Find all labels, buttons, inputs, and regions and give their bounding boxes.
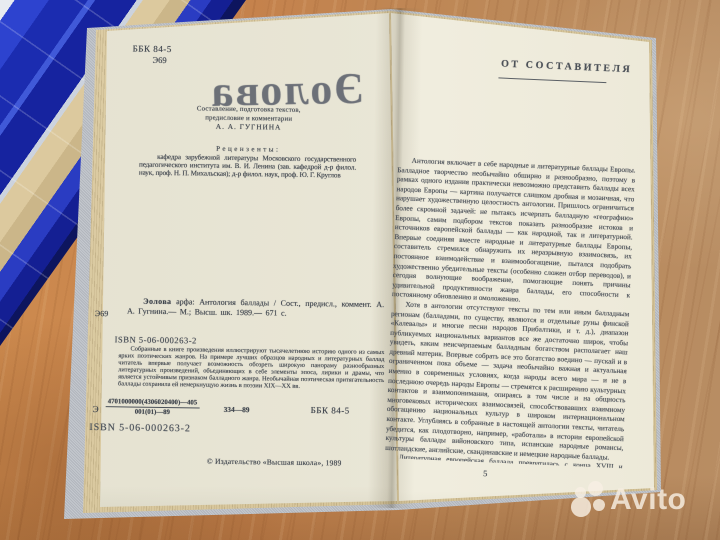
catalog-entry-label: Э69 [95,309,108,318]
copyright-line: © Издательство «Высшая школа», 1989 [207,457,342,468]
foreword-paragraph: Хотя в антологии отсутствуют тексты по т… [385,300,629,464]
photo-scene: Эолова ББК 84-5 Э69 Составление, подгото… [0,0,720,540]
avito-wordmark: Avito [610,474,686,526]
compiler-credit-block: Составление, подготовка текстов, предисл… [149,105,349,134]
isbn-bottom: ISBN 5-06-000263-2 [89,422,191,434]
annotation-text: Собранные в книге произведения иллюстрир… [118,345,385,391]
page-number: 5 [483,468,488,478]
chapter-heading: ОТ СОСТАВИТЕЛЯ [501,59,633,76]
index-fraction: 4701000000(4306020400)—405 001(01)—89 [106,398,200,416]
catalog-entry-lead: Эолова [143,297,171,306]
avito-logo-icon [593,499,605,511]
left-page-content: Эолова ББК 84-5 Э69 Составление, подгото… [88,25,395,524]
heading-rule [498,77,606,83]
index-suffix: 334—89 [224,405,250,414]
foreword-paragraph: Антология включает в себе народные и лит… [392,156,636,310]
author-sign-top: Э69 [152,55,166,65]
catalog-entry: Эолова арфа: Антология баллады / Сост., … [127,296,384,320]
index-denominator: 001(01)—89 [106,407,200,416]
foreword-text: Антология включает в себе народные и лит… [385,156,636,468]
reviewers-text: кафедра зарубежной литературы Московског… [139,154,356,180]
bbk-code-top: ББК 84-5 [133,44,172,55]
compiler-name: А. А. ГУГНИНА [149,122,349,133]
avito-logo-icon [588,481,603,496]
avito-logo-icon [571,497,591,517]
index-prefix: Э [93,404,99,414]
isbn-top: ISBN 5-06-000263-2 [115,334,197,345]
right-page-content: ОТ СОСТАВИТЕЛЯ Антология включает в себе… [378,40,650,511]
avito-watermark: Avito [566,478,720,534]
bbk-code-bottom: ББК 84-5 [311,405,350,416]
